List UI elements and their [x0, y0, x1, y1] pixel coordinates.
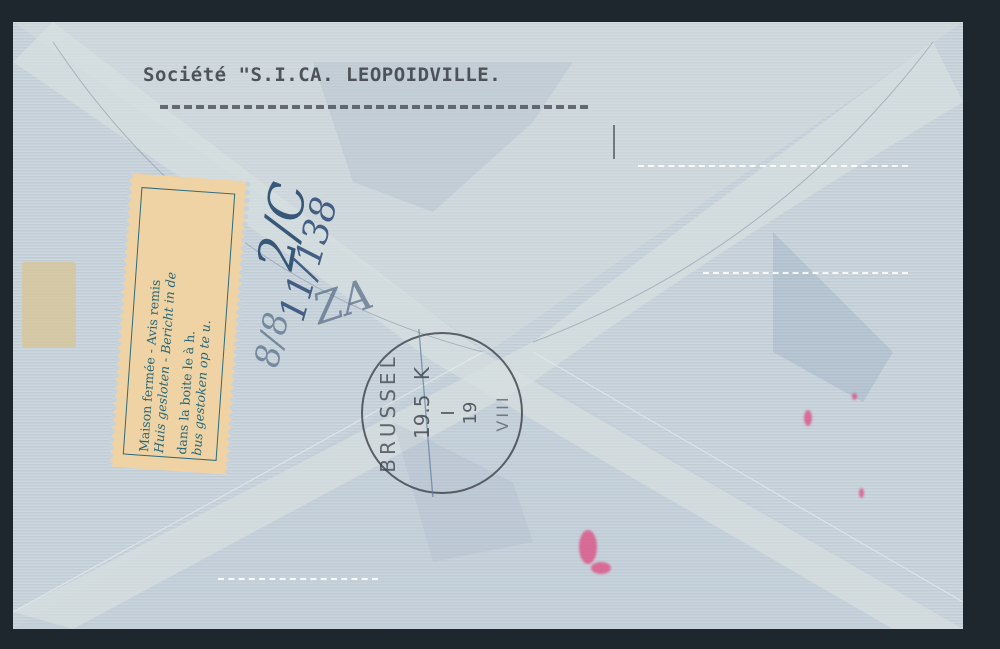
postmark-city: BRUSSEL: [376, 329, 400, 497]
pink-mark: [591, 562, 611, 574]
ink-tick-mark: [613, 125, 615, 159]
sender-typed-line: Société "S.I.CA. LEOPOIDVILLE.: [143, 64, 501, 86]
postmark-date-value: 19.5: [410, 394, 434, 439]
perforation-line-1: [638, 165, 908, 167]
pink-mark: [804, 410, 812, 426]
postmark-code: K: [410, 367, 434, 380]
envelope-back: Société "S.I.CA. LEOPOIDVILLE. Maison fe…: [13, 22, 963, 629]
sender-underline: [160, 105, 588, 109]
perforation-line-3: [218, 578, 378, 580]
postmark-extra: I: [438, 329, 459, 497]
adhesive-stain: [22, 262, 76, 348]
closed-house-notice-label: Maison fermée - Avis remis Huis gesloten…: [113, 176, 245, 471]
pink-mark: [859, 488, 864, 498]
postmark-date: 19.5 K: [410, 329, 434, 477]
pink-mark: [852, 393, 857, 400]
postmark: BRUSSEL 19.5 K I 19 VIII: [358, 329, 526, 497]
postmark-time: 19: [460, 329, 481, 497]
perforation-line-2: [703, 272, 908, 274]
pink-mark: [579, 530, 597, 564]
postmark-arc-left: VIII: [493, 329, 512, 497]
